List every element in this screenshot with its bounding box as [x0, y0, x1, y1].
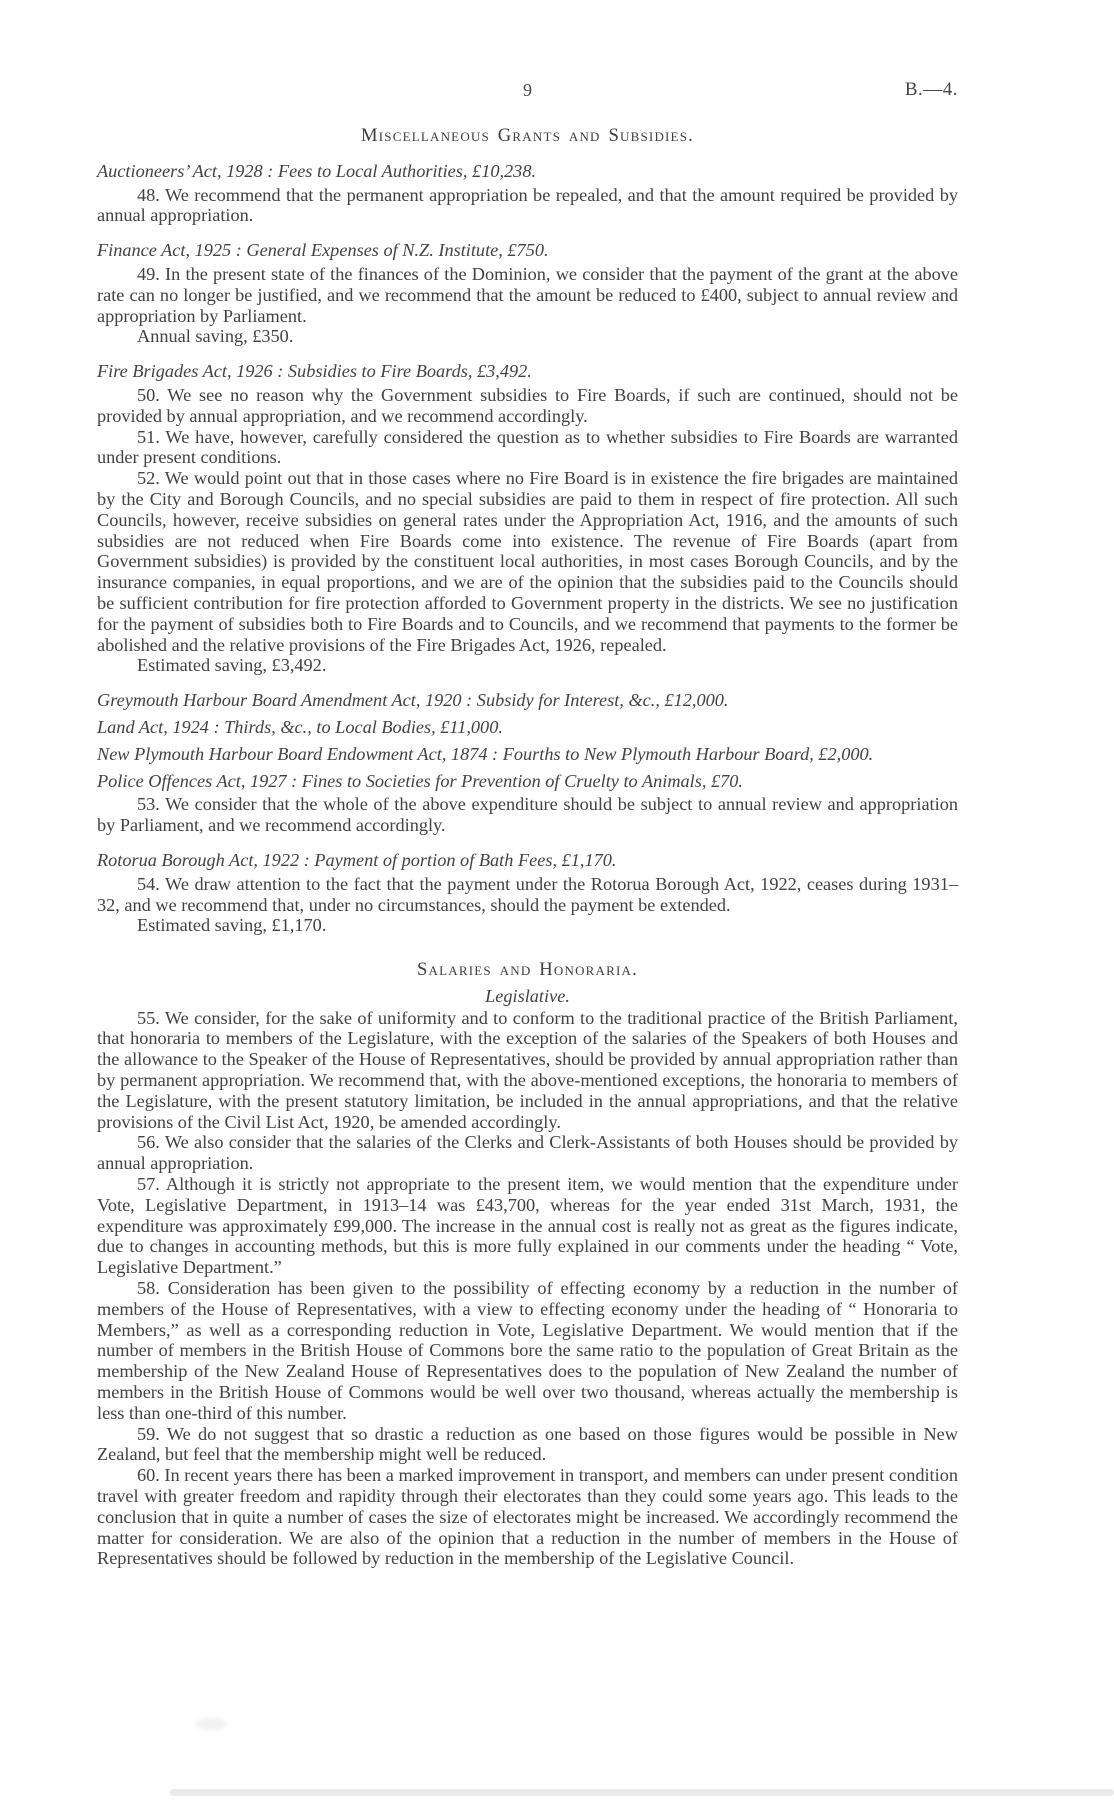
- act-heading: Land Act, 1924 : Thirds, &c., to Local B…: [97, 717, 958, 738]
- page-folio: B.—4.: [905, 80, 958, 101]
- body-paragraph: 60. In recent years there has been a mar…: [97, 1465, 958, 1569]
- page-number: 9: [97, 80, 958, 101]
- body-paragraph: 49. In the present state of the finances…: [97, 264, 958, 326]
- act-heading: Police Offences Act, 1927 : Fines to Soc…: [97, 771, 958, 792]
- body-paragraph: 55. We consider, for the sake of uniform…: [97, 1008, 958, 1133]
- body-paragraph: 51. We have, however, carefully consider…: [97, 427, 958, 469]
- subsection-heading: Legislative.: [97, 986, 958, 1007]
- act-heading: Rotorua Borough Act, 1922 : Payment of p…: [97, 850, 958, 871]
- scan-smudge-artifact: [196, 1718, 226, 1730]
- scan-streak-artifact: [170, 1789, 1114, 1796]
- act-heading: New Plymouth Harbour Board Endowment Act…: [97, 744, 958, 765]
- section-heading: Salaries and Honoraria.: [97, 960, 958, 981]
- act-heading: Finance Act, 1925 : General Expenses of …: [97, 240, 958, 261]
- body-paragraph: 58. Consideration has been given to the …: [97, 1278, 958, 1424]
- body-paragraph: 48. We recommend that the permanent appr…: [97, 185, 958, 227]
- saving-note: Estimated saving, £3,492.: [97, 655, 958, 676]
- page-header: 9 B.—4.: [97, 80, 958, 102]
- document-page: 9 B.—4. Miscellaneous Grants and Subsidi…: [0, 0, 1114, 1815]
- act-heading: Greymouth Harbour Board Amendment Act, 1…: [97, 690, 958, 711]
- act-heading: Auctioneers’ Act, 1928 : Fees to Local A…: [97, 161, 958, 182]
- act-heading: Fire Brigades Act, 1926 : Subsidies to F…: [97, 361, 958, 382]
- body-paragraph: 52. We would point out that in those cas…: [97, 468, 958, 655]
- section-heading: Miscellaneous Grants and Subsidies.: [97, 126, 958, 147]
- body-paragraph: 57. Although it is strictly not appropri…: [97, 1174, 958, 1278]
- saving-note: Annual saving, £350.: [97, 326, 958, 347]
- document-content: 9 B.—4. Miscellaneous Grants and Subsidi…: [0, 0, 1114, 1569]
- document-body: Miscellaneous Grants and Subsidies.Aucti…: [97, 126, 958, 1569]
- body-paragraph: 56. We also consider that the salaries o…: [97, 1132, 958, 1174]
- body-paragraph: 50. We see no reason why the Government …: [97, 385, 958, 427]
- saving-note: Estimated saving, £1,170.: [97, 915, 958, 936]
- body-paragraph: 53. We consider that the whole of the ab…: [97, 794, 958, 836]
- body-paragraph: 59. We do not suggest that so drastic a …: [97, 1424, 958, 1466]
- body-paragraph: 54. We draw attention to the fact that t…: [97, 874, 958, 916]
